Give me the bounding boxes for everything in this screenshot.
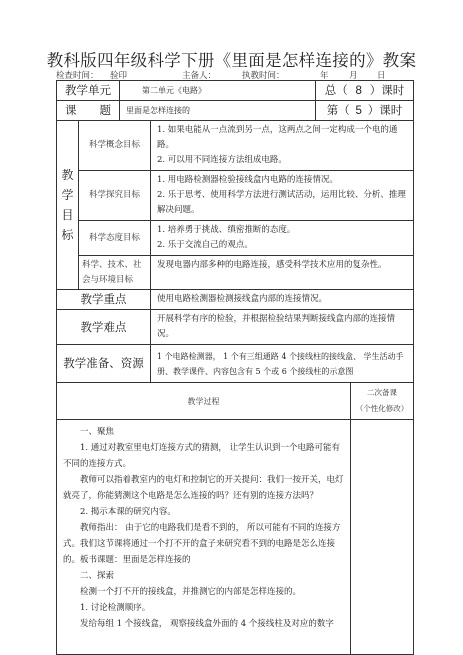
goal-category: 科学探究目标	[79, 171, 151, 221]
process-paragraph: 教师指出： 由于它的电路我们是看不到的， 所以可能有不同的连接方式。我们这节课将…	[63, 520, 344, 568]
goal-row: 教学目标 科学概念目标 1. 如果电能从一点流到另一点，这两点之间一定构成一个电…	[57, 121, 414, 171]
goal-category: 科学概念目标	[79, 121, 151, 171]
process-row: 一、聚焦 1. 通过对教室里电灯连接方式的猜测， 让学生认识到一个电路可能有不同…	[57, 420, 414, 655]
process-paragraph: 发给每组 1 个接线盒， 观察接线盒外面的 4 个接线柱及对应的数字	[63, 616, 344, 632]
preparation-row: 教学准备、资源 1 个电路检测器， 1 个有三组通路 4 个接线柱的接线盒、 学…	[57, 345, 414, 383]
goal-row: 科学探究目标 1. 用电路检测器检验接线盒内电路的连接情况。 2. 乐于思考、使…	[57, 171, 414, 221]
process-paragraph: 二、探索	[63, 568, 344, 584]
topic-label: 课 题	[57, 101, 120, 121]
process-header-row: 教学过程 二次备课 （个性化修改）	[57, 383, 414, 420]
process-paragraph: 1. 通过对教室里电灯连接方式的猜测， 让学生认识到一个电路可能有不同的连接方式…	[63, 440, 344, 472]
difficulty-value: 开展科学有序的检验，并根据检验结果判断接线盒内部的连接情况。	[151, 310, 414, 345]
difficulty-label: 教学难点	[57, 310, 151, 345]
process-paragraph: 检测一个打不开的接线盒，并推测它的内部是怎样连接的。	[63, 584, 344, 600]
topic-value: 里面是怎样连接的	[120, 101, 316, 121]
process-header: 教学过程	[57, 383, 351, 420]
process-paragraph: 2. 揭示本课的研究内容。	[63, 504, 344, 520]
lesson-number: 第（5）课时	[316, 101, 414, 121]
unit-value: 第二单元《电路》	[120, 81, 316, 101]
revision-header: 二次备课 （个性化修改）	[351, 383, 414, 420]
process-paragraph: 1. 讨论检测顺序。	[63, 600, 344, 616]
key-point-label: 教学重点	[57, 290, 151, 310]
goal-content: 1. 培养勇于挑战、缜密推断的态度。 2. 乐于交流自己的观点。	[151, 221, 414, 256]
process-paragraph: 教师可以指着教室内的电灯和控制它的开关提问：我们一按开关，电灯就亮了，你能猜测这…	[63, 472, 344, 504]
goal-category: 科学态度目标	[79, 221, 151, 256]
key-point-row: 教学重点 使用电路检测器检测接线盒内部的连接情况。	[57, 290, 414, 310]
goal-category: 科学、技术、社会与环境目标	[79, 256, 151, 290]
lesson-number-value: 5	[350, 104, 368, 119]
total-hours: 总（8）课时	[316, 81, 414, 101]
process-paragraph: 一、聚焦	[63, 424, 344, 440]
goal-content: 发现电器内部多种的电路连接，感受科学技术应用的复杂性。	[151, 256, 414, 290]
goals-label: 教学目标	[57, 121, 79, 290]
key-point-value: 使用电路检测器检测接线盒内部的连接情况。	[151, 290, 414, 310]
revision-notes-cell	[351, 420, 414, 655]
preparation-label: 教学准备、资源	[57, 345, 151, 383]
difficulty-row: 教学难点 开展科学有序的检验，并根据检验结果判断接线盒内部的连接情况。	[57, 310, 414, 345]
total-hours-value: 8	[348, 84, 370, 99]
topic-row: 课 题 里面是怎样连接的 第（5）课时	[57, 101, 414, 121]
process-content: 一、聚焦 1. 通过对教室里电灯连接方式的猜测， 让学生认识到一个电路可能有不同…	[57, 420, 351, 655]
preparation-value: 1 个电路检测器， 1 个有三组通路 4 个接线柱的接线盒、 学生活动手册、教学…	[151, 345, 414, 383]
unit-label: 教学单元	[57, 81, 120, 101]
lesson-plan-table: 教学单元 第二单元《电路》 总（8）课时 课 题 里面是怎样连接的 第（5）课时…	[56, 80, 414, 655]
unit-row: 教学单元 第二单元《电路》 总（8）课时	[57, 81, 414, 101]
goal-content: 1. 如果电能从一点流到另一点，这两点之间一定构成一个电的通路。 2. 可以用不…	[151, 121, 414, 171]
goal-content: 1. 用电路检测器检验接线盒内电路的连接情况。 2. 乐于思考、使用科学方法进行…	[151, 171, 414, 221]
goal-row: 科学态度目标 1. 培养勇于挑战、缜密推断的态度。 2. 乐于交流自己的观点。	[57, 221, 414, 256]
goal-row: 科学、技术、社会与环境目标 发现电器内部多种的电路连接，感受科学技术应用的复杂性…	[57, 256, 414, 290]
page-title: 教科版四年级科学下册《里面是怎样连接的》教案	[0, 47, 463, 71]
